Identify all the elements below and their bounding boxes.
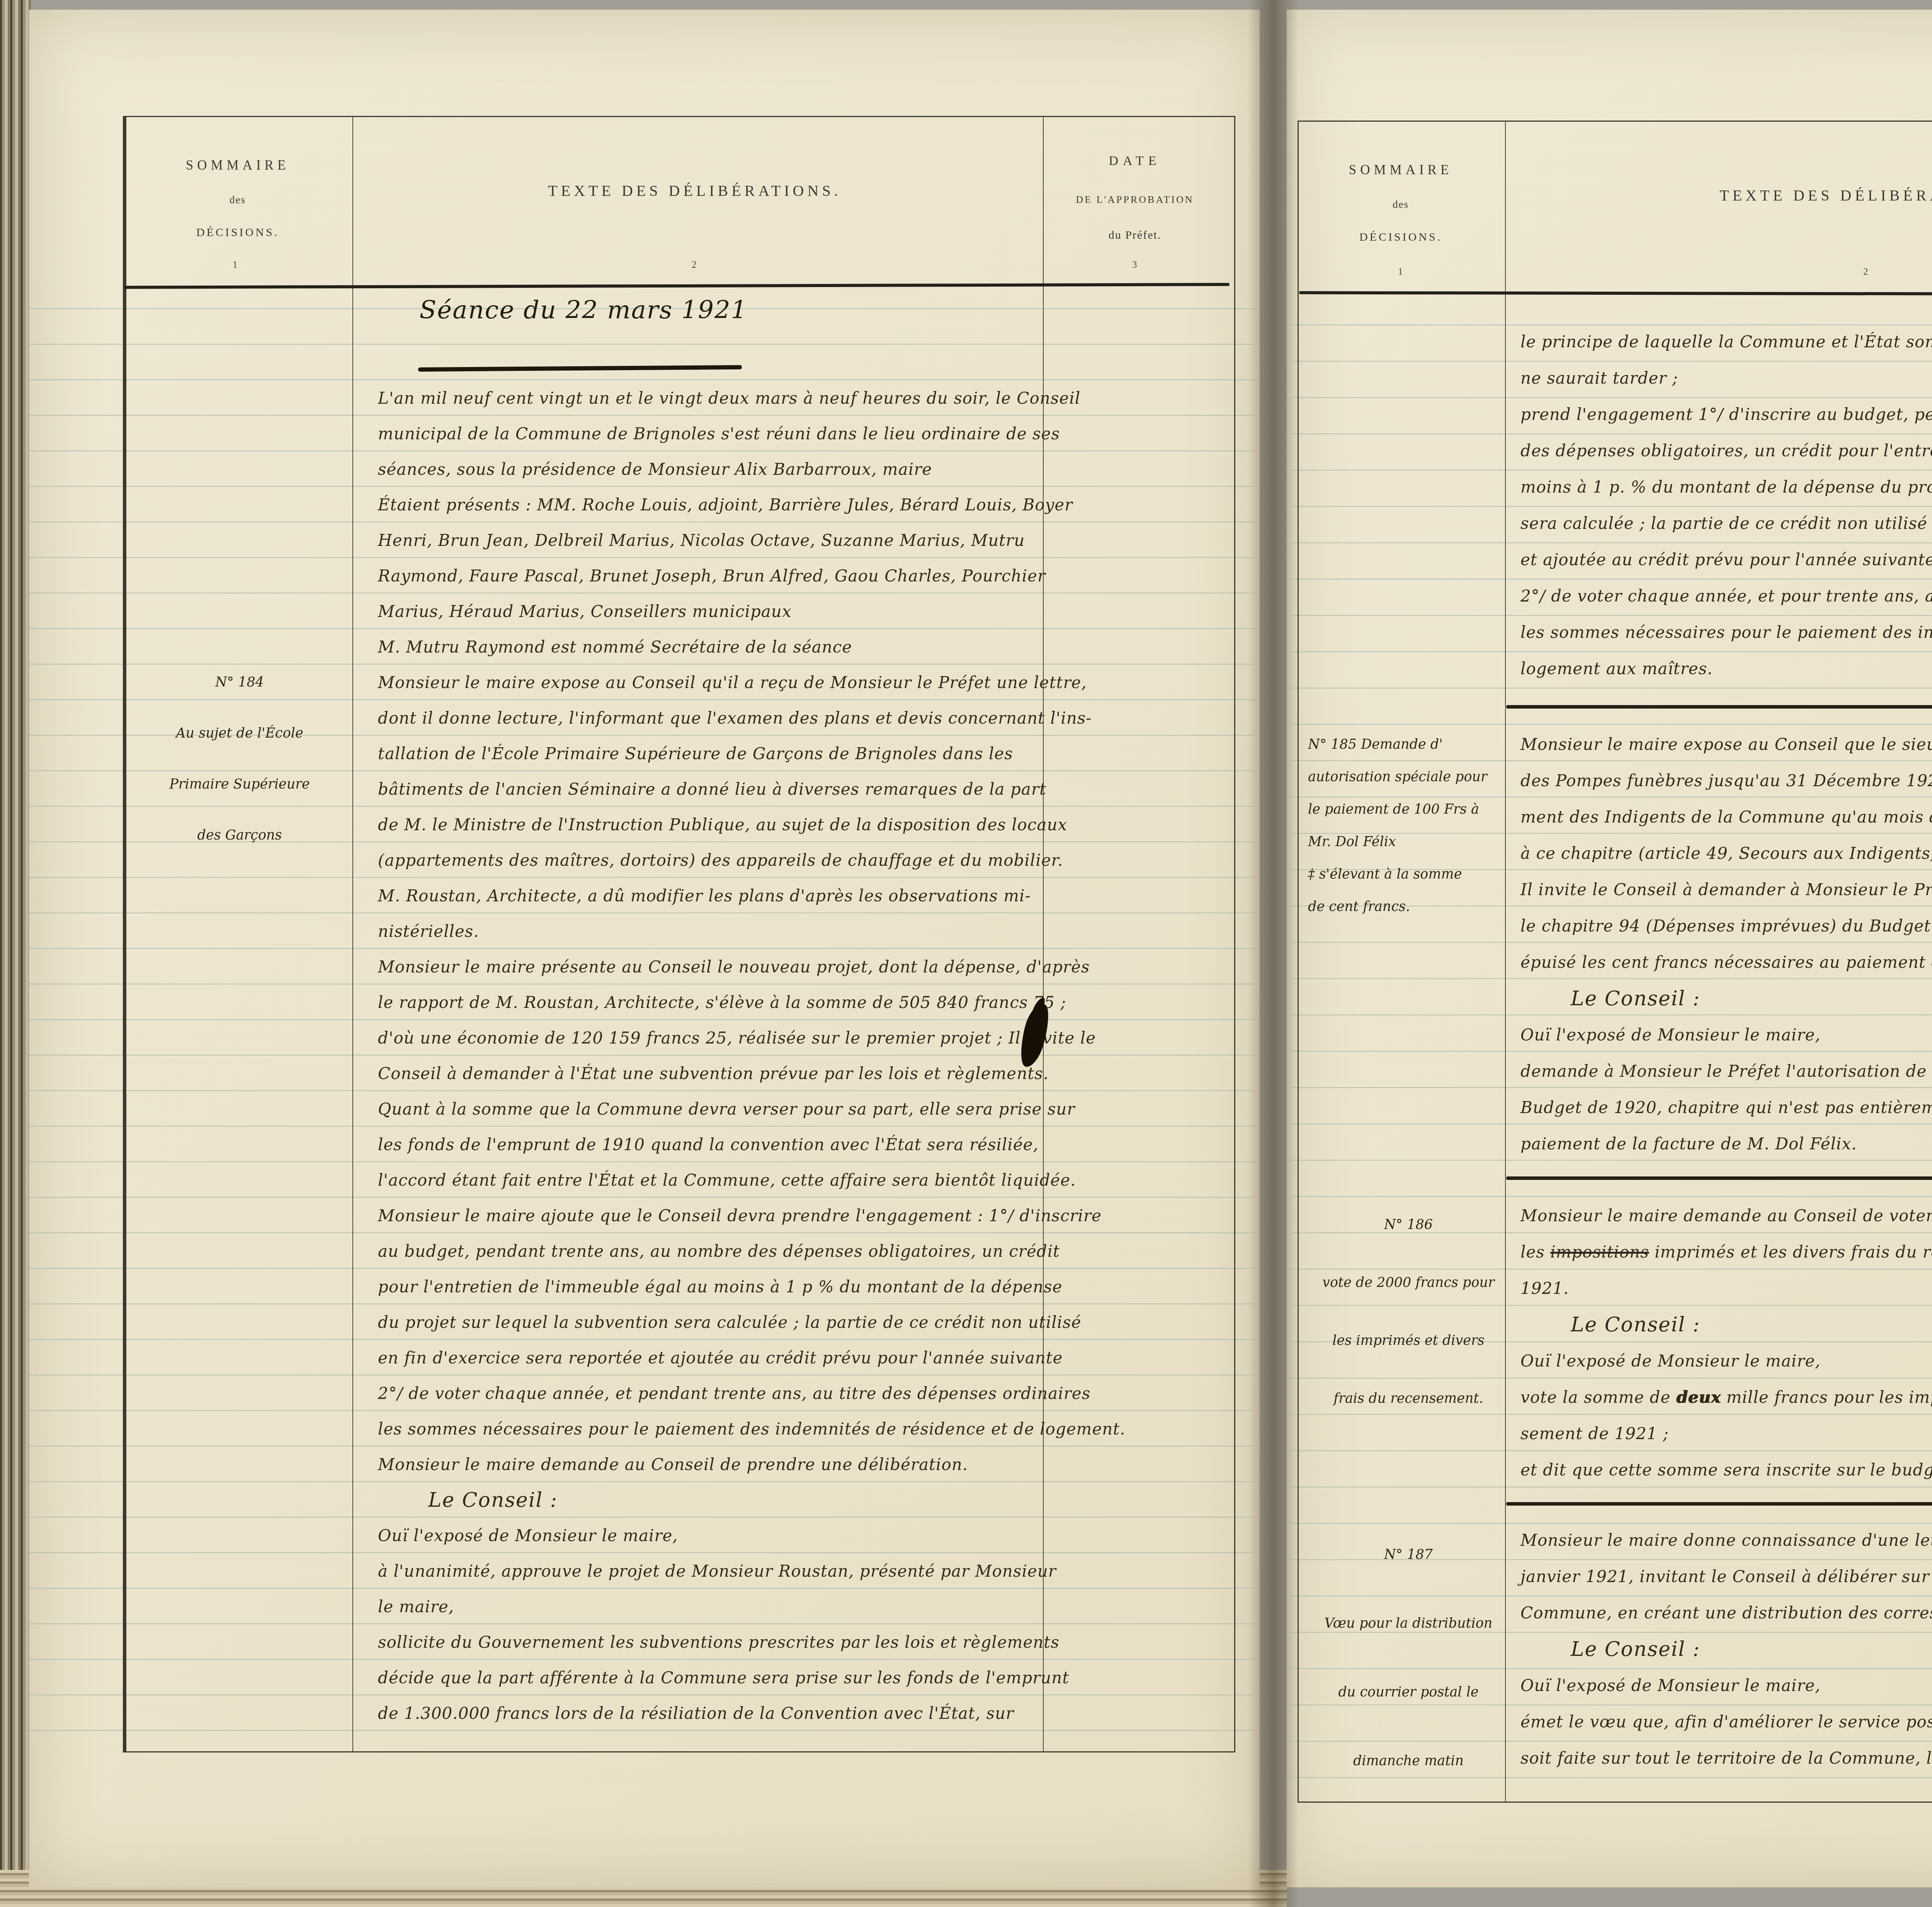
handwritten-line: M. Mutru Raymond est nommé Secrétaire de…: [378, 629, 1226, 665]
handwritten-line: (appartements des maîtres, dortoirs) des…: [378, 843, 1226, 878]
left-header-texte: TEXTE DES DÉLIBÉRATIONS.: [424, 124, 965, 200]
handwritten-line: moins à 1 p. % du montant de la dépense …: [1520, 469, 1932, 505]
handwritten-line: sement de 1921 ;: [1520, 1416, 1932, 1452]
margin-note-186: N° 186vote de 2000 francs pourles imprim…: [1308, 1196, 1509, 1428]
right-header-texte: TEXTE DES DÉLIBÉRATIONS.: [1596, 128, 1932, 204]
left-deliberation-text: L'an mil neuf cent vingt un et le vingt …: [378, 381, 1226, 1731]
handwritten-line: dont il donne lecture, l'informant que l…: [378, 700, 1226, 736]
handwritten-line: Conseil à demander à l'État une subventi…: [378, 1056, 1226, 1091]
handwritten-line: Mr. Dol Félix: [1308, 826, 1509, 858]
session-title: Séance du 22 mars 1921: [410, 296, 757, 325]
left-header-date: DATE DE L'APPROBATION du Préfet.: [1048, 154, 1222, 242]
handwritten-line: Monsieur le maire donne connaissance d'u…: [1520, 1522, 1932, 1559]
handwritten-line: vote la somme de deux mille francs pour …: [1520, 1379, 1932, 1416]
handwritten-line: le maire,: [378, 1589, 1226, 1625]
handwritten-line: 2°/ de voter chaque année, et pendant tr…: [378, 1376, 1226, 1411]
handwritten-line: prend l'engagement 1°/ d'inscrire au bud…: [1520, 396, 1932, 433]
right-continuation-text: le principe de laquelle la Commune et l'…: [1520, 324, 1932, 687]
handwritten-line: Étaient présents : MM. Roche Louis, adjo…: [378, 487, 1226, 523]
handwritten-line: Le Conseil :: [1520, 1631, 1932, 1667]
deliberation-text-185: Monsieur le maire expose au Conseil que …: [1520, 726, 1932, 1162]
header-sommaire-des: des: [162, 194, 313, 206]
deliberation-text-187: Monsieur le maire donne connaissance d'u…: [1520, 1522, 1932, 1776]
handwritten-line: Monsieur le maire demande au Conseil de …: [378, 1447, 1226, 1482]
handwritten-line: des Pompes funèbres jusqu'au 31 Décembre…: [1520, 763, 1932, 799]
handwritten-line: au budget, pendant trente ans, au nombre…: [378, 1234, 1226, 1269]
handwritten-line: Vœu pour la distribution: [1308, 1589, 1509, 1658]
header-date-prefet: du Préfet.: [1048, 229, 1222, 242]
handwritten-line: Marius, Héraud Marius, Conseillers munic…: [378, 594, 1226, 629]
left-col-number-2: 2: [692, 260, 697, 270]
handwritten-line: Monsieur le maire expose au Conseil qu'i…: [378, 665, 1226, 700]
handwritten-line: 1921.: [1520, 1270, 1932, 1307]
header-sommaire-decisions: DÉCISIONS.: [1325, 231, 1476, 244]
section-divider: [1506, 1502, 1932, 1506]
handwritten-line: les impositions imprimés et les divers f…: [1520, 1234, 1932, 1270]
word: vote la somme de: [1520, 1388, 1676, 1407]
handwritten-line: en fin d'exercice sera reportée et ajout…: [378, 1340, 1226, 1376]
handwritten-line: les sommes nécessaires pour le paiement …: [378, 1411, 1226, 1447]
overwritten-word: deux: [1676, 1388, 1721, 1407]
header-date-approbation: DE L'APPROBATION: [1048, 194, 1222, 206]
handwritten-line: de cent francs.: [1308, 891, 1509, 923]
handwritten-line: Monsieur le maire ajoute que le Conseil …: [378, 1198, 1226, 1234]
handwritten-line: de 1.300.000 francs lors de la résiliati…: [378, 1696, 1226, 1731]
left-col-number-1: 1: [233, 260, 238, 270]
handwritten-line: et dit que cette somme sera inscrite sur…: [1520, 1452, 1932, 1488]
handwritten-line: du projet sur lequel la subvention sera …: [378, 1305, 1226, 1340]
handwritten-line: N° 186: [1308, 1196, 1509, 1254]
handwritten-line: nistérielles.: [378, 914, 1226, 949]
handwritten-line: autorisation spéciale pour: [1308, 761, 1509, 793]
handwritten-line: N° 187: [1308, 1520, 1509, 1589]
header-sommaire-title: SOMMAIRE: [162, 158, 313, 173]
handwritten-line: Quant à la somme que la Commune devra ve…: [378, 1091, 1226, 1127]
handwritten-line: les imprimés et divers: [1308, 1312, 1509, 1370]
handwritten-line: 2°/ de voter chaque année, et pour trent…: [1520, 578, 1932, 614]
handwritten-line: Monsieur le maire présente au Conseil le…: [378, 949, 1226, 985]
section-divider: [1506, 705, 1932, 709]
handwritten-line: Monsieur le maire expose au Conseil que …: [1520, 726, 1932, 763]
right-col-number-1: 1: [1398, 267, 1403, 277]
handwritten-line: à ce chapitre (article 49, Secours aux I…: [1520, 835, 1932, 872]
handwritten-line: de M. le Ministre de l'Instruction Publi…: [378, 807, 1226, 843]
header-texte-title: TEXTE DES DÉLIBÉRATIONS.: [424, 182, 965, 200]
handwritten-line: tallation de l'École Primaire Supérieure…: [378, 736, 1226, 772]
header-sommaire-title: SOMMAIRE: [1325, 162, 1476, 178]
handwritten-line: Ouï l'exposé de Monsieur le maire,: [378, 1518, 1226, 1553]
register-spread: SOMMAIRE des DÉCISIONS. TEXTE DES DÉLIBÉ…: [0, 0, 1932, 1907]
right-col-number-2: 2: [1863, 267, 1868, 277]
handwritten-line: et ajoutée au crédit prévu pour l'année …: [1520, 542, 1932, 578]
handwritten-line: municipal de la Commune de Brignoles s'e…: [378, 416, 1226, 452]
handwritten-line: l'accord étant fait entre l'État et la C…: [378, 1163, 1226, 1198]
header-date-title: DATE: [1048, 154, 1222, 168]
handwritten-line: N° 185 Demande d': [1308, 728, 1509, 761]
book-page-edges-left: [0, 0, 31, 1907]
handwritten-line: Monsieur le maire demande au Conseil de …: [1520, 1198, 1932, 1234]
handwritten-line: du courrier postal le: [1308, 1658, 1509, 1727]
handwritten-line: à l'unanimité, approuve le projet de Mon…: [378, 1553, 1226, 1589]
handwritten-line: Primaire Supérieure: [131, 759, 348, 810]
right-header-sommaire: SOMMAIRE des DÉCISIONS.: [1325, 162, 1476, 244]
handwritten-line: Il invite le Conseil à demander à Monsie…: [1520, 872, 1932, 908]
left-col-divider-1: [352, 117, 353, 1751]
handwritten-line: N° 184: [131, 657, 348, 708]
handwritten-line: séances, sous la présidence de Monsieur …: [378, 452, 1226, 487]
margin-note-187: N° 187Vœu pour la distributiondu courrie…: [1308, 1520, 1509, 1795]
handwritten-line: Ouï l'exposé de Monsieur le maire,: [1520, 1343, 1932, 1379]
left-col-number-3: 3: [1132, 260, 1137, 270]
handwritten-line: M. Roustan, Architecte, a dû modifier le…: [378, 878, 1226, 914]
handwritten-line: sera calculée ; la partie de ce crédit n…: [1520, 505, 1932, 542]
handwritten-line: L'an mil neuf cent vingt un et le vingt …: [378, 381, 1226, 416]
word: imprimés et les divers frais du recensem…: [1649, 1242, 1932, 1261]
handwritten-line: soit faite sur tout le territoire de la …: [1520, 1740, 1932, 1776]
handwritten-line: paiement de la facture de M. Dol Félix.: [1520, 1126, 1932, 1162]
handwritten-line: ‡ s'élevant à la somme: [1308, 858, 1509, 891]
handwritten-line: le paiement de 100 Frs à: [1308, 793, 1509, 826]
handwritten-line: épuisé les cent francs nécessaires au pa…: [1520, 944, 1932, 981]
handwritten-line: Ouï l'exposé de Monsieur le maire,: [1520, 1017, 1932, 1053]
handwritten-line: logement aux maîtres.: [1520, 651, 1932, 687]
deliberation-text-186: Monsieur le maire demande au Conseil de …: [1520, 1198, 1932, 1488]
handwritten-line: vote de 2000 francs pour: [1308, 1254, 1509, 1312]
handwritten-line: Au sujet de l'École: [131, 708, 348, 759]
handwritten-line: ne saurait tarder ;: [1520, 360, 1932, 396]
handwritten-line: sollicite du Gouvernement les subvention…: [378, 1625, 1226, 1660]
header-sommaire-decisions: DÉCISIONS.: [162, 226, 313, 239]
word: les: [1520, 1242, 1550, 1261]
section-divider: [1506, 1176, 1932, 1180]
handwritten-line: Le Conseil :: [378, 1482, 1226, 1518]
handwritten-line: pour l'entretien de l'immeuble égal au m…: [378, 1269, 1226, 1305]
handwritten-line: les sommes nécessaires pour le paiement …: [1520, 614, 1932, 651]
handwritten-line: bâtiments de l'ancien Séminaire a donné …: [378, 772, 1226, 807]
handwritten-line: demande à Monsieur le Préfet l'autorisat…: [1520, 1053, 1932, 1089]
handwritten-line: Henri, Brun Jean, Delbreil Marius, Nicol…: [378, 523, 1226, 558]
left-margin-note-184: N° 184Au sujet de l'ÉcolePrimaire Supéri…: [131, 657, 348, 861]
left-header-sommaire: SOMMAIRE des DÉCISIONS.: [162, 158, 313, 239]
handwritten-line: Budget de 1920, chapitre qui n'est pas e…: [1520, 1089, 1932, 1126]
handwritten-line: le rapport de M. Roustan, Architecte, s'…: [378, 985, 1226, 1020]
handwritten-line: des Garçons: [131, 810, 348, 861]
handwritten-line: les fonds de l'emprunt de 1910 quand la …: [378, 1127, 1226, 1163]
handwritten-line: le principe de laquelle la Commune et l'…: [1520, 324, 1932, 360]
handwritten-line: janvier 1921, invitant le Conseil à déli…: [1520, 1559, 1932, 1595]
margin-note-185: N° 185 Demande d'autorisation spéciale p…: [1308, 728, 1509, 923]
handwritten-line: Ouï l'exposé de Monsieur le maire,: [1520, 1667, 1932, 1704]
header-texte-title: TEXTE DES DÉLIBÉRATIONS.: [1596, 186, 1932, 204]
word: mille francs pour les imprimés et divers…: [1721, 1388, 1932, 1407]
handwritten-line: dimanche matin: [1308, 1727, 1509, 1795]
handwritten-line: décide que la part afférente à la Commun…: [378, 1660, 1226, 1696]
handwritten-line: le chapitre 94 (Dépenses imprévues) du B…: [1520, 908, 1932, 944]
handwritten-line: Raymond, Faure Pascal, Brunet Joseph, Br…: [378, 558, 1226, 594]
handwritten-line: Le Conseil :: [1520, 1307, 1932, 1343]
strike-word: impositions: [1550, 1242, 1649, 1261]
handwritten-line: Le Conseil :: [1520, 981, 1932, 1017]
handwritten-line: émet le vœu que, afin d'améliorer le ser…: [1520, 1704, 1932, 1740]
handwritten-line: frais du recensement.: [1308, 1370, 1509, 1428]
handwritten-line: Commune, en créant une distribution des …: [1520, 1595, 1932, 1631]
handwritten-line: des dépenses obligatoires, un crédit pou…: [1520, 433, 1932, 469]
header-sommaire-des: des: [1325, 199, 1476, 211]
handwritten-line: d'où une économie de 120 159 francs 25, …: [378, 1020, 1226, 1056]
handwritten-line: ment des Indigents de la Commune qu'au m…: [1520, 799, 1932, 835]
